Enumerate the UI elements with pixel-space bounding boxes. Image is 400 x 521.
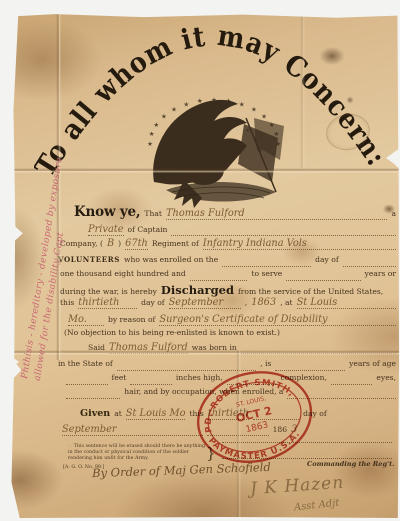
printed-text: eyes, <box>376 373 396 382</box>
handwritten-text: Private <box>88 224 124 236</box>
handwritten-text: St Louis Mo <box>126 408 186 420</box>
blank-field <box>190 279 248 281</box>
handwritten-text: 1863 <box>251 297 276 308</box>
star-glyph: ★ <box>161 113 167 121</box>
printed-text: , at <box>280 298 292 307</box>
printed-text: one thousand eight hundred and <box>60 269 186 278</box>
printed-text: feet <box>112 373 127 382</box>
form-line-1: Know ye,ThatThomas Fulforda <box>58 204 400 218</box>
printed-text: day of <box>141 298 164 307</box>
eagle-emblem-icon: ★★★★★★★★★★★★★★★★★★★★★★★★★ <box>126 82 298 214</box>
star-glyph: ★ <box>149 130 155 138</box>
printed-text: ) <box>118 239 121 248</box>
printed-text: a <box>391 209 396 218</box>
handwritten-text: Surgeon's Certificate of Disability <box>159 314 396 326</box>
printed-text: at <box>114 409 122 418</box>
handwritten-text: B <box>107 238 114 249</box>
printed-text: VOLUNTEERS <box>58 255 120 264</box>
star-glyph: ★ <box>251 106 257 114</box>
handwritten-text: Thomas Fulford <box>166 208 388 220</box>
form-line-5: one thousand eight hundred andto serveye… <box>58 269 400 283</box>
star-glyph: ★ <box>171 106 177 114</box>
printed-text: of Captain <box>128 225 168 234</box>
printed-text: years or <box>365 269 396 278</box>
printed-text: years of age <box>349 359 396 368</box>
form-line-6: during the war, is herebyDischargedfrom … <box>58 283 400 297</box>
printed-text: That <box>144 209 162 218</box>
printed-text: to serve <box>251 269 282 278</box>
form-line-3: Company, (B)67thRegiment ofInfantry Indi… <box>58 238 400 252</box>
star-glyph: ★ <box>147 140 153 148</box>
form-line-7: thisthirtiethday ofSeptember,1863, atSt … <box>58 297 400 311</box>
fold-crease-horizontal <box>8 350 399 355</box>
printed-text: Regiment of <box>152 239 199 248</box>
blank-field <box>331 383 373 385</box>
fine-print-line: rendering him unfit for the Army. <box>68 456 205 462</box>
printed-text: Know ye, <box>74 204 140 220</box>
handwritten-text: Infantry Indiana Vols <box>203 238 396 250</box>
signature-title: Asst Adjt <box>294 498 340 514</box>
printed-text: day of <box>315 255 338 264</box>
star-glyph: ★ <box>153 121 159 129</box>
handwritten-text: St Louis <box>297 297 396 309</box>
printed-text: (No objection to his being re-enlisted i… <box>64 328 280 337</box>
handwritten-text: September <box>169 297 241 309</box>
printed-text: Given <box>80 408 110 419</box>
blank-field <box>66 397 120 399</box>
printed-text: this <box>60 298 74 307</box>
printed-text: in the State of <box>58 359 113 368</box>
document-photo: To all whom it may Concern: ★★★★★★★★★★★★… <box>0 0 400 521</box>
printed-text: who was enrolled on the <box>124 255 218 264</box>
blank-field <box>222 265 311 267</box>
blank-field <box>286 279 360 281</box>
blank-field <box>343 265 396 267</box>
form-line-8: Mo.by reason ofSurgeon's Certificate of … <box>58 314 400 328</box>
star-glyph: ★ <box>239 100 245 108</box>
printed-text: Discharged <box>161 283 234 297</box>
star-glyph: ★ <box>261 113 267 121</box>
handwritten-text: September <box>62 424 203 436</box>
handwritten-text: 67th <box>125 238 148 250</box>
edge-tear <box>0 478 11 510</box>
certificate-paper: To all whom it may Concern: ★★★★★★★★★★★★… <box>8 8 399 518</box>
commanding-label: Commanding the Reg't. <box>307 460 394 468</box>
blank-field <box>130 383 172 385</box>
printed-text: from the service of the United States, <box>238 287 383 296</box>
form-line-4: VOLUNTEERSwho was enrolled on theday of <box>58 255 400 269</box>
handwritten-text: thirtieth <box>78 297 137 309</box>
paymaster-stamp: PD. ROBERT SMITH, PAYMASTER U.S.A. ST. L… <box>190 358 320 480</box>
blank-field <box>66 383 108 385</box>
handwritten-text: Mo. <box>68 314 104 326</box>
printed-text: during the war, is hereby <box>60 287 157 296</box>
blank-field <box>171 234 396 236</box>
form-line-9: (No objection to his being re-enlisted i… <box>58 328 400 342</box>
star-glyph: ★ <box>183 100 189 108</box>
fold-crease-vertical <box>300 8 305 168</box>
printed-text: by reason of <box>108 315 155 324</box>
printed-text: , <box>245 298 247 307</box>
form-line-2: Privateof Captain <box>58 224 400 238</box>
